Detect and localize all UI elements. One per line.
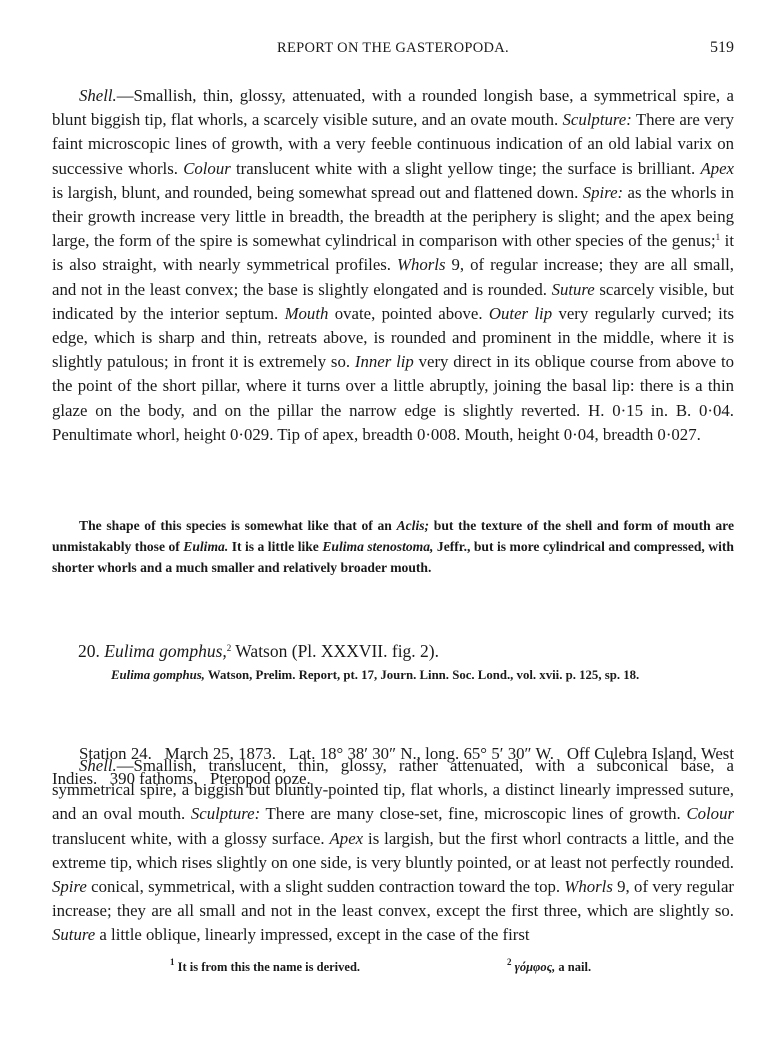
text-run: conical, symmetrical, with a slight sudd…	[87, 877, 565, 896]
text-run: The shape of this species is somewhat li…	[79, 518, 397, 533]
label-mouth: Mouth	[285, 304, 329, 323]
label-suture: Suture	[52, 925, 95, 944]
label-spire: Spire	[52, 877, 87, 896]
synonymy-reference: Watson, Prelim. Report, pt. 17, Journ. L…	[205, 668, 639, 682]
document-page: REPORT ON THE GASTEROPODA. 519 Shell.—Sm…	[0, 0, 776, 1050]
shell-description-1: Shell.—Smallish, thin, glossy, attenuate…	[52, 84, 734, 447]
text-run: a little oblique, linearly impressed, ex…	[95, 925, 529, 944]
author-plate: Watson (Pl. XXXVII. fig. 2).	[231, 641, 439, 661]
page-number: 519	[710, 39, 734, 57]
label-inner-lip: Inner lip	[355, 352, 414, 371]
shell-description-2: Shell.—Smallish, translucent, thin, glos…	[52, 754, 734, 948]
genus-aclis: Aclis;	[397, 518, 429, 533]
label-spire: Spire:	[583, 183, 623, 202]
species-heading: 20. Eulima gomphus,2 Watson (Pl. XXXVII.…	[78, 641, 439, 662]
label-shell: Shell.	[79, 756, 117, 775]
label-outer-lip: Outer lip	[489, 304, 552, 323]
text-run: translucent white, with a glossy surface…	[52, 829, 330, 848]
footnote-1: 1 It is from this the name is derived.	[170, 960, 360, 975]
species-name: Eulima gomphus,	[104, 641, 227, 661]
label-suture: Suture	[552, 280, 595, 299]
text-run: It is a little like	[228, 539, 322, 554]
label-whorls: Whorls	[564, 877, 612, 896]
footnote-text: a nail.	[555, 960, 591, 974]
label-shell: Shell.	[79, 86, 117, 105]
shell-paragraph-1: Shell.—Smallish, thin, glossy, attenuate…	[52, 84, 734, 447]
genus-eulima: Eulima.	[183, 539, 228, 554]
remark-paragraph: The shape of this species is somewhat li…	[52, 515, 734, 578]
species-number: 20.	[78, 641, 100, 661]
running-head: REPORT ON THE GASTEROPODA.	[52, 40, 734, 57]
label-sculpture: Sculpture:	[563, 110, 632, 129]
synonymy-name: Eulima gomphus,	[111, 668, 205, 682]
label-apex: Apex	[700, 159, 734, 178]
label-sculpture: Sculpture:	[191, 804, 260, 823]
label-colour: Colour	[686, 804, 734, 823]
label-apex: Apex	[330, 829, 364, 848]
text-run: There are many close-set, fine, microsco…	[260, 804, 686, 823]
text-run: is largish, blunt, and rounded, being so…	[52, 183, 583, 202]
page-header: REPORT ON THE GASTEROPODA. 519	[52, 40, 734, 62]
remark-text: The shape of this species is somewhat li…	[52, 515, 734, 578]
species-eulima-stenostoma: Eulima stenostoma,	[322, 539, 433, 554]
footnote-text: It is from this the name is derived.	[175, 960, 361, 974]
text-run: ovate, pointed above.	[328, 304, 489, 323]
shell-paragraph-2: Shell.—Smallish, translucent, thin, glos…	[52, 754, 734, 948]
label-whorls: Whorls	[397, 255, 445, 274]
label-colour: Colour	[183, 159, 231, 178]
footnote-2: 2 γόμφος, a nail.	[507, 960, 591, 975]
greek-word: γόμφος,	[512, 960, 556, 974]
text-run: translucent white with a slight yellow t…	[231, 159, 701, 178]
synonymy: Eulima gomphus, Watson, Prelim. Report, …	[111, 668, 639, 683]
